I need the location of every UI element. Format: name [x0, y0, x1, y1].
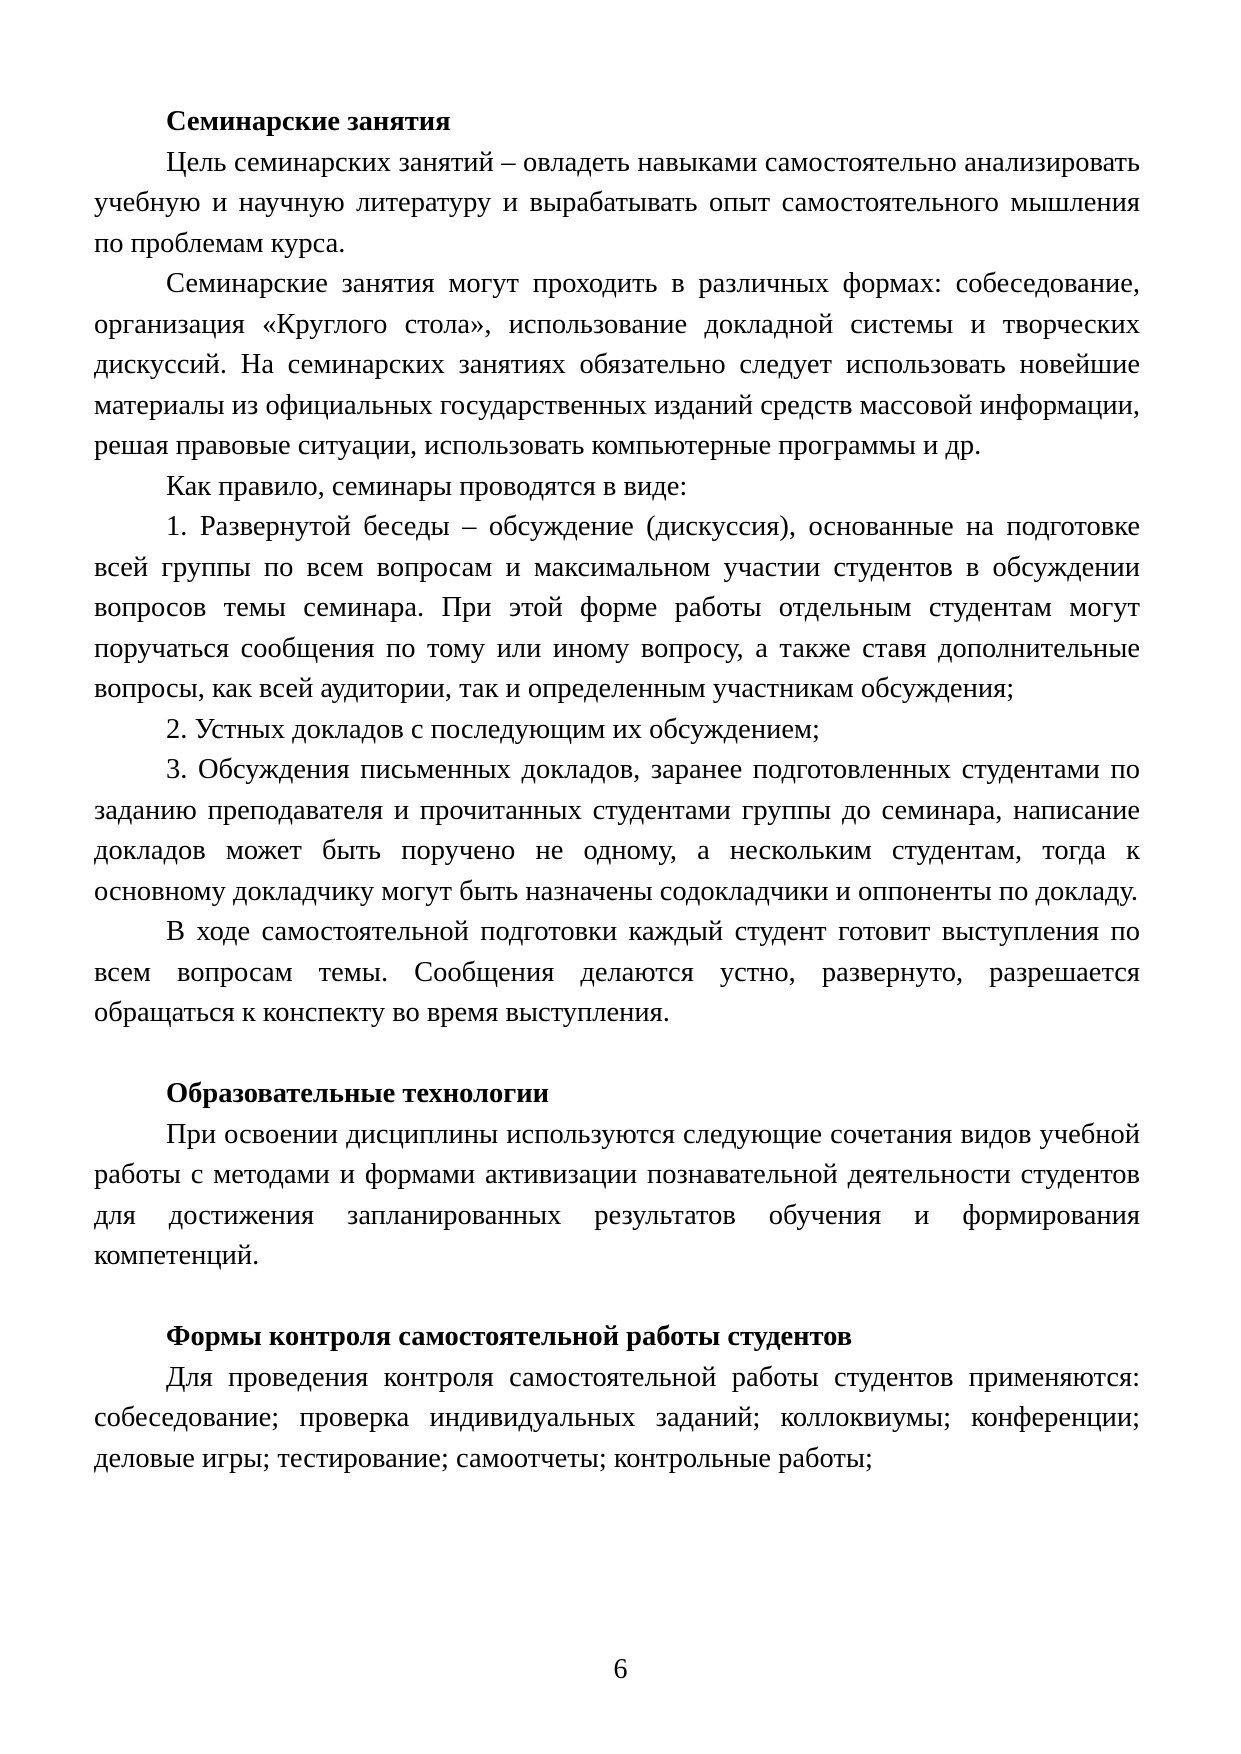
section-heading-educational-technologies: Образовательные технологии	[94, 1074, 1140, 1115]
paragraph-control-forms: Для проведения контроля самостоятельной …	[94, 1358, 1140, 1480]
paragraph-seminar-kind-3: 3. Обсуждения письменных докладов, заран…	[94, 750, 1140, 912]
section-seminar-classes: Семинарские занятия Цель семинарских зан…	[94, 102, 1140, 1034]
paragraph-seminar-kind-1: 1. Развернутой беседы – обсуждение (диск…	[94, 507, 1140, 710]
document-content: Семинарские занятия Цель семинарских зан…	[94, 102, 1140, 1479]
paragraph-educational-technologies: При освоении дисциплины используются сле…	[94, 1115, 1140, 1277]
paragraph-seminar-kinds-intro: Как правило, семинары проводятся в виде:	[94, 467, 1140, 508]
section-heading-control-forms: Формы контроля самостоятельной работы ст…	[94, 1317, 1140, 1358]
section-heading-seminar-classes: Семинарские занятия	[94, 102, 1140, 143]
section-control-forms: Формы контроля самостоятельной работы ст…	[94, 1317, 1140, 1479]
page-number: 6	[614, 1654, 628, 1685]
page-footer: 6	[0, 1652, 1241, 1688]
paragraph-seminar-goal: Цель семинарских занятий – овладеть навы…	[94, 143, 1140, 265]
paragraph-seminar-kind-2: 2. Устных докладов с последующим их обсу…	[94, 710, 1140, 751]
paragraph-seminar-forms: Семинарские занятия могут проходить в ра…	[94, 264, 1140, 467]
section-educational-technologies: Образовательные технологии При освоении …	[94, 1074, 1140, 1277]
paragraph-self-preparation: В ходе самостоятельной подготовки каждый…	[94, 912, 1140, 1034]
document-page: Семинарские занятия Цель семинарских зан…	[0, 0, 1241, 1754]
